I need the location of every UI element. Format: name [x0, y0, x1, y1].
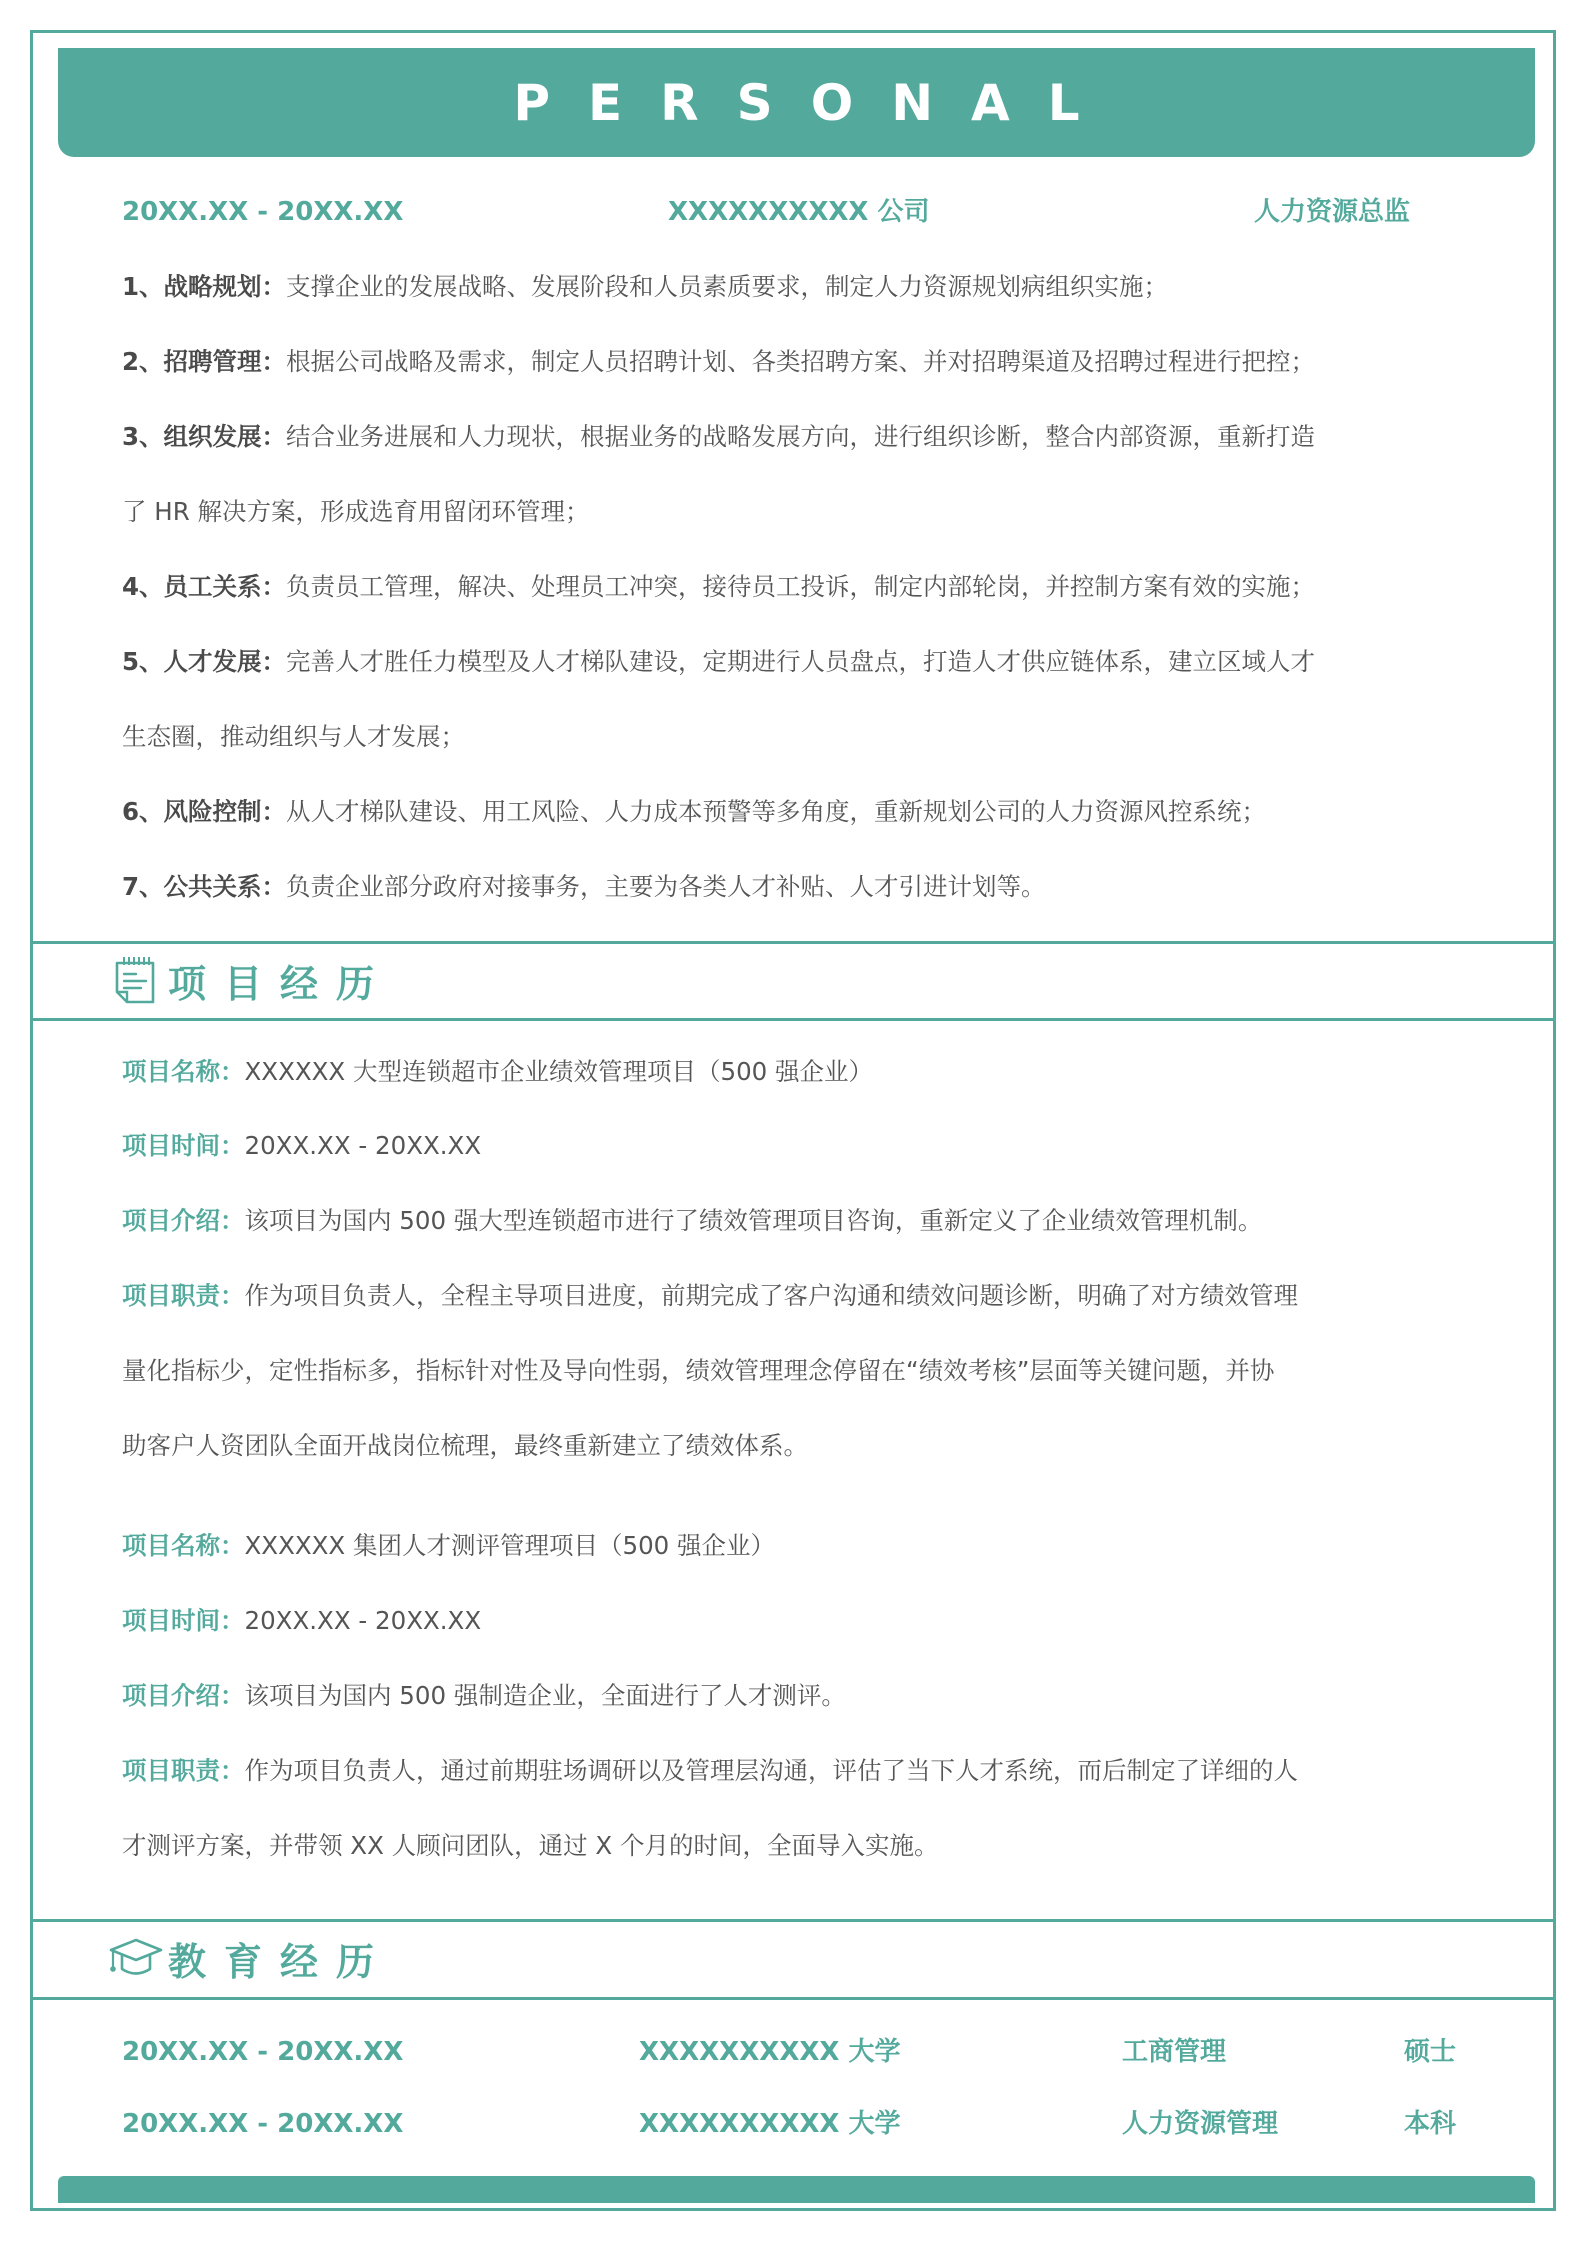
duty-line: 7、公共关系：负责企业部分政府对接事务，主要为各类人才补贴、人才引进计划等。	[122, 875, 1482, 900]
project-label: 项目时间：	[122, 1131, 245, 1160]
duty-label: 1、战略规划：	[122, 272, 286, 301]
duty-line: 6、风险控制：从人才梯队建设、用工风险、人力成本预警等多角度，重新规划公司的人力…	[122, 800, 1482, 825]
project-text: 作为项目负责人，全程主导项目进度，前期完成了客户沟通和绩效问题诊断，明确了对方绩…	[245, 1281, 1299, 1310]
project-text: 助客户人资团队全面开战岗位梳理，最终重新建立了绩效体系。	[122, 1431, 808, 1460]
graduation-cap-icon	[108, 1936, 164, 1980]
duty-label: 4、员工关系：	[122, 572, 286, 601]
duty-line: 了 HR 解决方案，形成选育用留闭环管理；	[122, 500, 1482, 525]
project-text: 作为项目负责人，通过前期驻场调研以及管理层沟通，评估了当下人才系统，而后制定了详…	[245, 1756, 1299, 1785]
project-line: 项目时间：20XX.XX - 20XX.XX	[122, 1134, 1482, 1159]
edu-school: XXXXXXXXXX 大学	[639, 2039, 901, 2065]
project-line: 才测评方案，并带领 XX 人顾问团队，通过 X 个月的时间，全面导入实施。	[122, 1834, 1482, 1859]
projects-section-title: 项目经历	[168, 953, 392, 1008]
project-text: 该项目为国内 500 强大型连锁超市进行了绩效管理项目咨询，重新定义了企业绩效管…	[245, 1206, 1263, 1235]
project-line: 量化指标少，定性指标多，指标针对性及导向性弱，绩效管理理念停留在“绩效考核”层面…	[122, 1359, 1482, 1384]
duty-label: 2、招聘管理：	[122, 347, 286, 376]
duty-text: 完善人才胜任力模型及人才梯队建设，定期进行人员盘点，打造人才供应链体系，建立区域…	[286, 647, 1315, 676]
footer-bar	[58, 2176, 1535, 2203]
project-label: 项目名称：	[122, 1057, 245, 1086]
project-line: 项目职责：作为项目负责人，全程主导项目进度，前期完成了客户沟通和绩效问题诊断，明…	[122, 1284, 1482, 1309]
duty-text: 负责企业部分政府对接事务，主要为各类人才补贴、人才引进计划等。	[286, 872, 1046, 901]
edu-period: 20XX.XX - 20XX.XX	[122, 2039, 403, 2065]
edu-school: XXXXXXXXXX 大学	[639, 2111, 901, 2137]
edu-major: 人力资源管理	[1122, 2111, 1278, 2137]
project-line: 项目职责：作为项目负责人，通过前期驻场调研以及管理层沟通，评估了当下人才系统，而…	[122, 1759, 1482, 1784]
notepad-icon	[114, 955, 158, 1005]
project-text: 20XX.XX - 20XX.XX	[245, 1606, 482, 1635]
duty-label: 3、组织发展：	[122, 422, 286, 451]
project-text: 量化指标少，定性指标多，指标针对性及导向性弱，绩效管理理念停留在“绩效考核”层面…	[122, 1356, 1274, 1385]
edu-degree: 本科	[1404, 2111, 1456, 2137]
project-label: 项目名称：	[122, 1531, 245, 1560]
projects-section-header: 项目经历	[108, 955, 392, 1005]
project-label: 项目时间：	[122, 1606, 245, 1635]
job-period: 20XX.XX - 20XX.XX	[122, 199, 403, 225]
education-section-header: 教育经历	[108, 1933, 392, 1983]
edu-major: 工商管理	[1122, 2039, 1226, 2065]
section-divider	[33, 1018, 1553, 1021]
duty-text: 根据公司战略及需求，制定人员招聘计划、各类招聘方案、并对招聘渠道及招聘过程进行把…	[286, 347, 1315, 376]
project-label: 项目介绍：	[122, 1206, 245, 1235]
duty-text: 了 HR 解决方案，形成选育用留闭环管理；	[122, 497, 590, 526]
education-section-title: 教育经历	[168, 1931, 392, 1986]
duty-line: 5、人才发展：完善人才胜任力模型及人才梯队建设，定期进行人员盘点，打造人才供应链…	[122, 650, 1482, 675]
job-company: XXXXXXXXXX 公司	[668, 199, 930, 225]
project-text: 才测评方案，并带领 XX 人顾问团队，通过 X 个月的时间，全面导入实施。	[122, 1831, 939, 1860]
header-banner: PERSONAL	[58, 48, 1535, 157]
project-line: 项目介绍：该项目为国内 500 强大型连锁超市进行了绩效管理项目咨询，重新定义了…	[122, 1209, 1482, 1234]
edu-degree: 硕士	[1404, 2039, 1456, 2065]
duty-label: 6、风险控制：	[122, 797, 286, 826]
project-line: 助客户人资团队全面开战岗位梳理，最终重新建立了绩效体系。	[122, 1434, 1482, 1459]
project-text: XXXXXX 集团人才测评管理项目（500 强企业）	[245, 1531, 776, 1560]
duty-line: 1、战略规划：支撑企业的发展战略、发展阶段和人员素质要求，制定人力资源规划病组织…	[122, 275, 1482, 300]
edu-period: 20XX.XX - 20XX.XX	[122, 2111, 403, 2137]
project-text: 该项目为国内 500 强制造企业，全面进行了人才测评。	[245, 1681, 846, 1710]
banner-title: PERSONAL	[475, 74, 1117, 132]
project-text: 20XX.XX - 20XX.XX	[245, 1131, 482, 1160]
project-line: 项目名称：XXXXXX 集团人才测评管理项目（500 强企业）	[122, 1534, 1482, 1559]
duty-text: 生态圈，推动组织与人才发展；	[122, 722, 465, 751]
duty-line: 生态圈，推动组织与人才发展；	[122, 725, 1482, 750]
duty-text: 从人才梯队建设、用工风险、人力成本预警等多角度，重新规划公司的人力资源风控系统；	[286, 797, 1266, 826]
duty-label: 7、公共关系：	[122, 872, 286, 901]
project-line: 项目时间：20XX.XX - 20XX.XX	[122, 1609, 1482, 1634]
duty-line: 4、员工关系：负责员工管理，解决、处理员工冲突，接待员工投诉，制定内部轮岗，并控…	[122, 575, 1482, 600]
project-label: 项目介绍：	[122, 1681, 245, 1710]
duty-label: 5、人才发展：	[122, 647, 286, 676]
section-divider	[33, 1919, 1553, 1922]
project-label: 项目职责：	[122, 1756, 245, 1785]
duty-text: 支撑企业的发展战略、发展阶段和人员素质要求，制定人力资源规划病组织实施；	[286, 272, 1168, 301]
project-line: 项目介绍：该项目为国内 500 强制造企业，全面进行了人才测评。	[122, 1684, 1482, 1709]
duty-line: 3、组织发展：结合业务进展和人力现状，根据业务的战略发展方向，进行组织诊断，整合…	[122, 425, 1482, 450]
section-divider	[33, 941, 1553, 944]
project-text: XXXXXX 大型连锁超市企业绩效管理项目（500 强企业）	[245, 1057, 874, 1086]
section-divider	[33, 1997, 1553, 2000]
duty-text: 结合业务进展和人力现状，根据业务的战略发展方向，进行组织诊断，整合内部资源，重新…	[286, 422, 1315, 451]
project-line: 项目名称：XXXXXX 大型连锁超市企业绩效管理项目（500 强企业）	[122, 1060, 1482, 1085]
job-position: 人力资源总监	[1254, 199, 1410, 225]
project-label: 项目职责：	[122, 1281, 245, 1310]
duty-line: 2、招聘管理：根据公司战略及需求，制定人员招聘计划、各类招聘方案、并对招聘渠道及…	[122, 350, 1482, 375]
duty-text: 负责员工管理，解决、处理员工冲突，接待员工投诉，制定内部轮岗，并控制方案有效的实…	[286, 572, 1315, 601]
